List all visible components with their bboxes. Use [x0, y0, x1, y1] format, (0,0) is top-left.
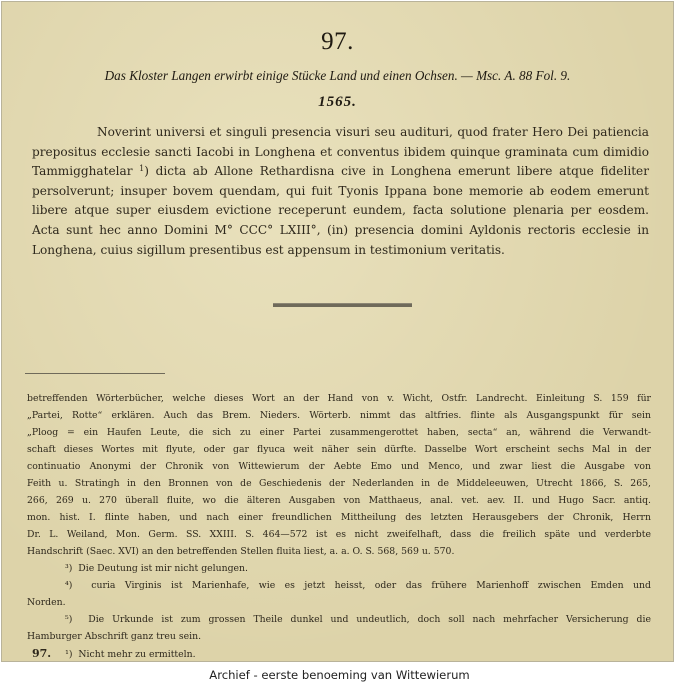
footnote-line: Handschrift (Saec. XVI) an den betreffen…	[27, 543, 651, 560]
image-caption: Archief - eerste benoeming van Wittewier…	[0, 668, 679, 682]
footnote-text: Die Urkunde ist zum grossen Theile dunke…	[88, 614, 651, 625]
footnote-5: ⁵) Die Urkunde ist zum grossen Theile du…	[27, 611, 651, 628]
footnote-line: Norden.	[27, 594, 651, 611]
footnote-marker: ³)	[65, 563, 72, 574]
charter-line: Noverint universi et singuli presencia v…	[32, 123, 649, 143]
document-number: 97.	[2, 28, 673, 56]
charter-text: Noverint universi et singuli presencia v…	[32, 123, 649, 260]
charter-line: persolverunt; insuper bovem quendam, qui…	[32, 182, 649, 202]
footnote-marker: ⁴)	[65, 580, 72, 591]
document-heading: Das Kloster Langen erwirbt einige Stücke…	[2, 68, 673, 84]
footnotes: betreffenden Wörterbücher, welche dieses…	[27, 390, 651, 663]
footnote-line: Feith u. Stratingh in den Bronnen von de…	[27, 475, 651, 492]
footnote-line: continuatio Anonymi der Chronik von Witt…	[27, 458, 651, 475]
footnote-marker: ⁵)	[65, 614, 72, 625]
footnote-line: Hamburger Abschrift ganz treu sein.	[27, 628, 651, 645]
charter-line: prepositus ecclesie sancti Iacobi in Lon…	[32, 143, 649, 163]
document-year: 1565.	[2, 94, 673, 111]
footnote-line: „Ploog = ein Haufen Leute, die sich zu e…	[27, 424, 651, 441]
footnote-line: Dr. L. Weiland, Mon. Germ. SS. XXIII. S.…	[27, 526, 651, 543]
footnote-marker: ¹)	[65, 649, 72, 660]
footnote-line: 266, 269 u. 270 überall fluite, wo die ä…	[27, 492, 651, 509]
footnote-4: ⁴) curia Virginis ist Marienhafe, wie es…	[27, 577, 651, 594]
footnote-text: curia Virginis ist Marienhafe, wie es je…	[91, 580, 651, 591]
footnote-line: betreffenden Wörterbücher, welche dieses…	[27, 390, 651, 407]
charter-line-part: ) dicta ab Allone Rethardisna cive in Lo…	[144, 164, 649, 178]
section-separator-rule	[273, 303, 412, 307]
footnote-document-number: 97.	[32, 647, 51, 660]
charter-line-part: Tammigghatelar	[32, 164, 133, 178]
charter-line: Tammigghatelar 1) dicta ab Allone Rethar…	[32, 162, 649, 182]
charter-line: libere atque super eiusdem evictione rec…	[32, 201, 649, 221]
charter-line: Longhena, cuius sigillum presentibus est…	[32, 241, 649, 261]
footnote-rule	[25, 373, 165, 374]
footnote-3: ³) Die Deutung ist mir nicht gelungen.	[27, 560, 651, 577]
footnote-text: Die Deutung ist mir nicht gelungen.	[78, 563, 248, 574]
footnote-text: Nicht mehr zu ermitteln.	[78, 649, 195, 660]
scanned-document-page: 97. Das Kloster Langen erwirbt einige St…	[1, 1, 674, 662]
footnote-line: mon. hist. I. flinte haben, und nach ein…	[27, 509, 651, 526]
charter-line: Acta sunt hec anno Domini M° CCC° LXIII°…	[32, 221, 649, 241]
footnote-line: schaft dieses Wortes mit flyute, oder ga…	[27, 441, 651, 458]
footnote-doc-97: 97.¹) Nicht mehr zu ermitteln.	[27, 645, 651, 663]
footnote-line: „Partei, Rotte“ erklären. Auch das Brem.…	[27, 407, 651, 424]
